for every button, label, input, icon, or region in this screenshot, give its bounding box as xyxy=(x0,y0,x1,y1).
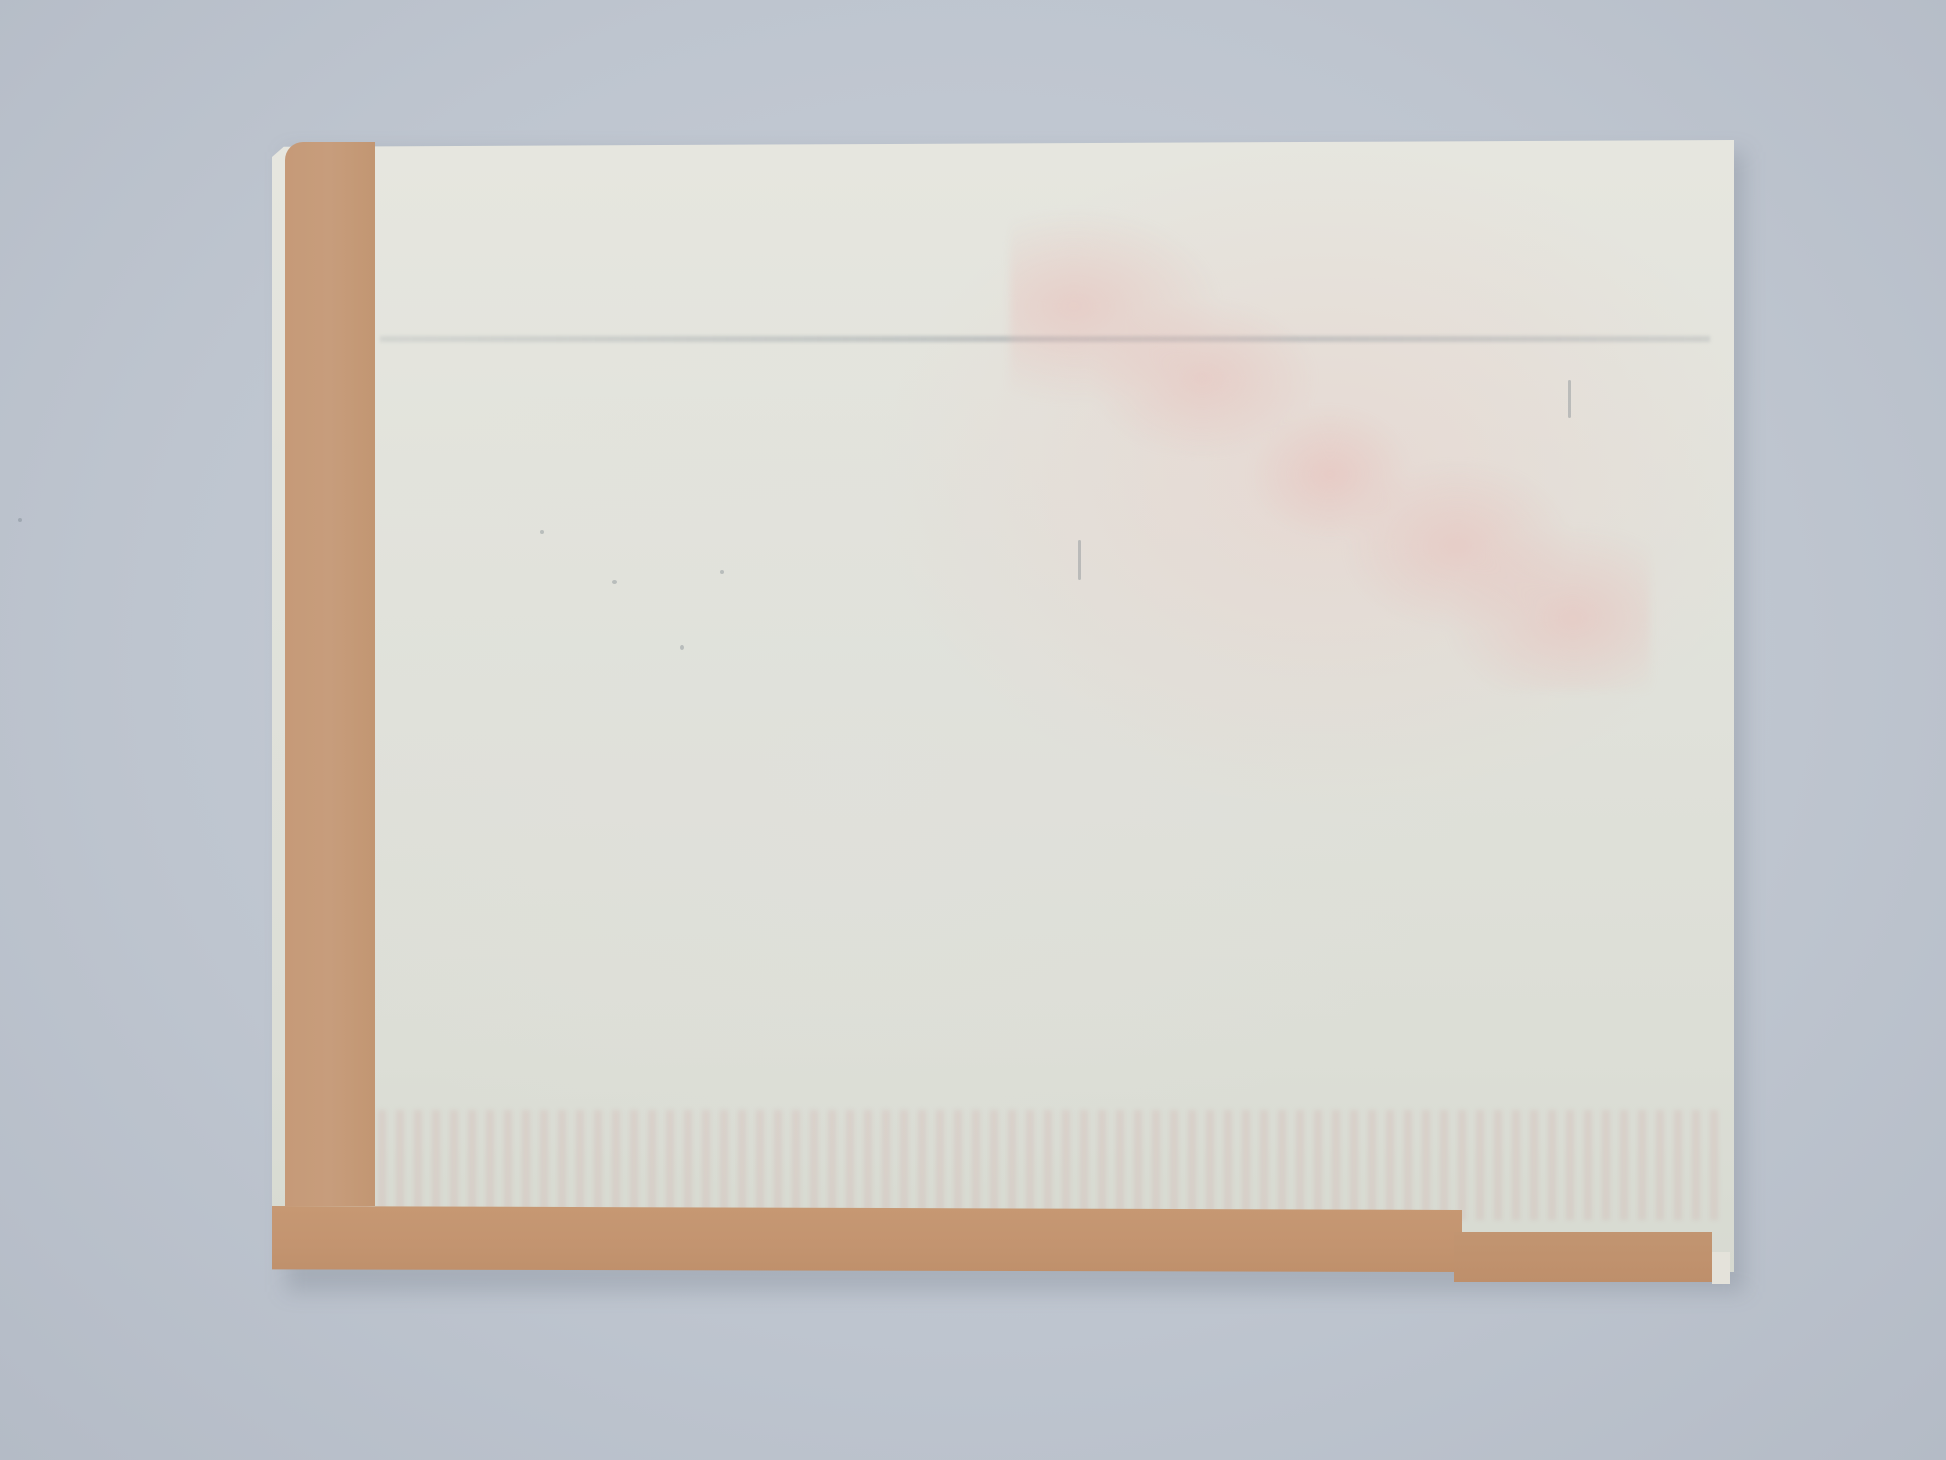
mark xyxy=(1078,540,1081,580)
bleed-through-title xyxy=(1010,210,1650,690)
mark xyxy=(680,645,684,650)
tape-strip-bottom-right xyxy=(1454,1232,1712,1282)
photo-scene xyxy=(0,0,1946,1460)
mark xyxy=(540,530,544,534)
mark xyxy=(720,570,724,574)
tape-strip-bottom xyxy=(272,1206,1462,1272)
mark xyxy=(1568,380,1571,418)
mark xyxy=(18,518,22,522)
tape-strip-left xyxy=(285,142,375,1206)
paper-corner xyxy=(1712,1252,1730,1284)
bleed-through-credits xyxy=(360,1110,1720,1220)
mark xyxy=(612,580,617,584)
